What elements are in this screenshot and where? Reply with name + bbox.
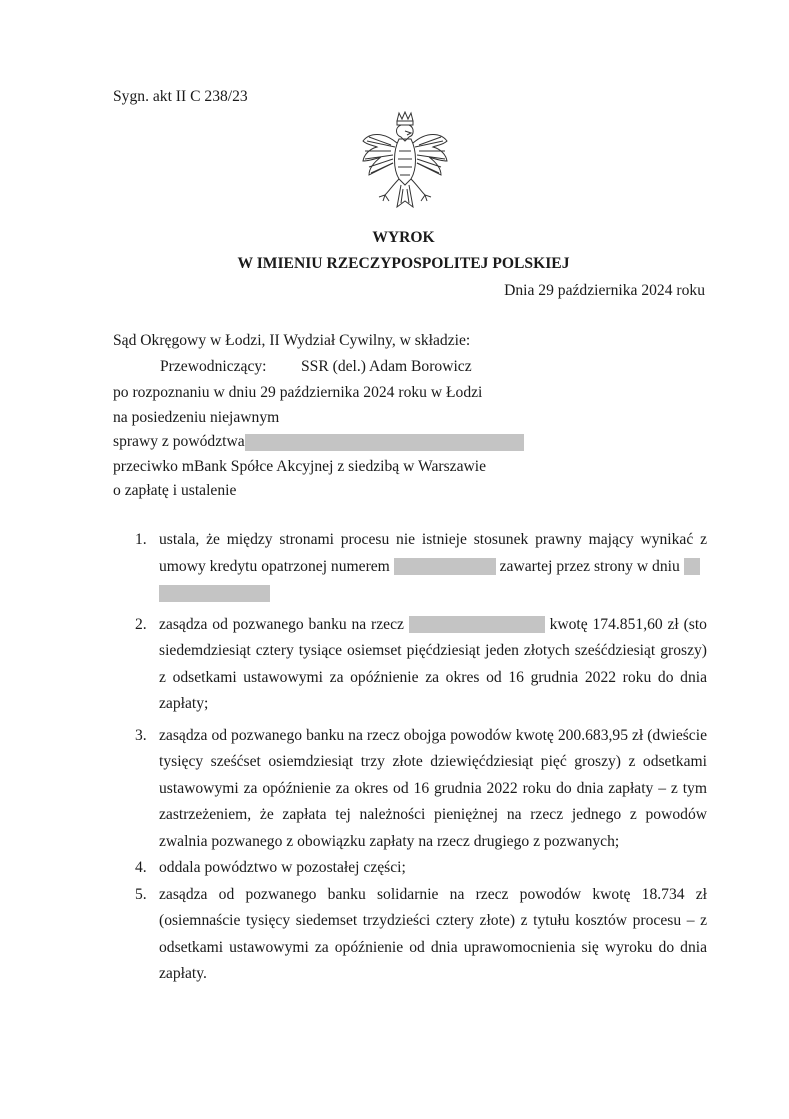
redacted-date-continued <box>159 585 270 602</box>
ruling-item-4: 4. oddala powództwo w pozostałej części; <box>113 855 707 882</box>
redacted-plaintiff <box>409 616 545 633</box>
ruling-item-3: 3. zasądza od pozwanego banku na rzecz o… <box>113 723 707 856</box>
ruling-item-5: 5. zasądza od pozwanego banku solidarnie… <box>113 882 707 988</box>
redacted-contract-number <box>394 558 496 575</box>
ruling-item-2: 2. zasądza od pozwanego banku na rzecz k… <box>113 612 707 718</box>
session-line: na posiedzeniu niejawnym <box>113 409 279 427</box>
plaintiff-prefix: sprawy z powództwa <box>113 433 245 450</box>
ruling-item-1: 1. ustala, że między stronami procesu ni… <box>113 527 707 607</box>
ruling-text: zasądza od pozwanego banku solidarnie na… <box>159 882 707 988</box>
defendant-line: przeciwko mBank Spółce Akcyjnej z siedzi… <box>113 458 486 476</box>
chair-name: SSR (del.) Adam Borowicz <box>301 358 472 376</box>
chair-label: Przewodniczący: <box>160 358 267 376</box>
ruling-text: zawartej przez strony w dniu <box>500 558 680 575</box>
ruling-number: 2. <box>135 612 147 639</box>
redacted-plaintiff <box>245 434 524 451</box>
ruling-number: 4. <box>135 855 147 882</box>
rulings-list: 1. ustala, że między stronami procesu ni… <box>113 527 707 988</box>
ruling-number: 3. <box>135 723 147 750</box>
ruling-text: zasądza od pozwanego banku na rzecz oboj… <box>159 723 707 856</box>
court-composition: Sąd Okręgowy w Łodzi, II Wydział Cywilny… <box>113 332 470 350</box>
plaintiff-line: sprawy z powództwa <box>113 433 524 451</box>
ruling-number: 5. <box>135 882 147 909</box>
polish-eagle-emblem-icon <box>359 111 451 215</box>
document-title: WYROK <box>0 229 789 247</box>
redacted-date <box>684 558 700 575</box>
hearing-line: po rozpoznaniu w dniu 29 października 20… <box>113 384 482 402</box>
ruling-text: oddala powództwo w pozostałej części; <box>159 855 707 882</box>
document-subtitle: W IMIENIU RZECZYPOSPOLITEJ POLSKIEJ <box>0 255 789 273</box>
case-signature: Sygn. akt II C 238/23 <box>113 88 248 106</box>
ruling-number: 1. <box>135 527 147 554</box>
judgment-date: Dnia 29 października 2024 roku <box>504 282 705 300</box>
subject-line: o zapłatę i ustalenie <box>113 482 236 500</box>
ruling-text: zasądza od pozwanego banku na rzecz <box>159 616 404 633</box>
